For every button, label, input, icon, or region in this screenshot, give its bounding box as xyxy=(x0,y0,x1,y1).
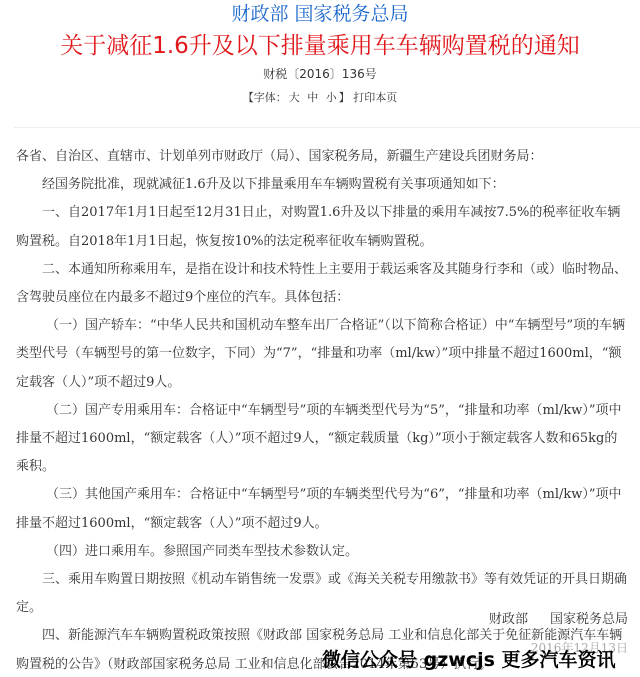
page-title: 关于减征1.6升及以下排量乘用车车辆购置税的通知 xyxy=(0,31,640,61)
document-body: 各省、自治区、直辖市、计划单列市财政厅（局）、国家税务局，新疆生产建设兵团财务局… xyxy=(16,143,628,677)
print-page-link[interactable]: 打印本页 xyxy=(353,91,397,104)
paragraph-intro: 经国务院批准，现就减征1.6升及以下排量乘用车车辆购置税有关事项通知如下： xyxy=(16,171,628,199)
paragraph-2-item-3: （三）其他国产乘用车：合格证中“车辆型号”项的车辆类型代号为“6”，“排量和功率… xyxy=(16,481,628,537)
issuer-tax-administration: 国家税务总局 xyxy=(550,612,628,627)
document-number: 财税〔2016〕136号 xyxy=(0,66,640,82)
font-label-open: 【字体： xyxy=(243,91,287,104)
header-divider xyxy=(14,127,640,128)
font-size-medium-button[interactable]: 中 xyxy=(307,91,318,104)
issuer-ministry-of-finance: 财政部 xyxy=(489,612,528,627)
paragraph-2-item-4: （四）进口乘用车。参照国产同类车型技术参数认定。 xyxy=(16,538,628,566)
paragraph-2: 二、本通知所称乘用车，是指在设计和技术特性上主要用于载运乘客及其随身行李和（或）… xyxy=(16,256,628,312)
issuing-organization: 财政部 国家税务总局 xyxy=(0,2,640,26)
font-label-close: 】 xyxy=(339,91,350,104)
watermark-overlay: 微信公众号 gzwcjs 更多汽车资讯 xyxy=(322,648,616,672)
paragraph-2-item-1: （一）国产轿车：“中华人民共和国机动车整车出厂合格证”（以下简称合格证）中“车辆… xyxy=(16,312,628,397)
salutation: 各省、自治区、直辖市、计划单列市财政厅（局）、国家税务局，新疆生产建设兵团财务局… xyxy=(16,143,628,171)
signature-block: 财政部国家税务总局 xyxy=(489,611,628,629)
font-size-toolbar: 【字体：大 中 小】 打印本页 xyxy=(0,91,640,105)
font-size-small-button[interactable]: 小 xyxy=(326,91,337,104)
paragraph-2-item-2: （二）国产专用乘用车：合格证中“车辆型号”项的车辆类型代号为“5”，“排量和功率… xyxy=(16,397,628,482)
paragraph-1: 一、自2017年1月1日起至12月31日止，对购置1.6升及以下排量的乘用车减按… xyxy=(16,199,628,255)
font-size-large-button[interactable]: 大 xyxy=(289,91,300,104)
